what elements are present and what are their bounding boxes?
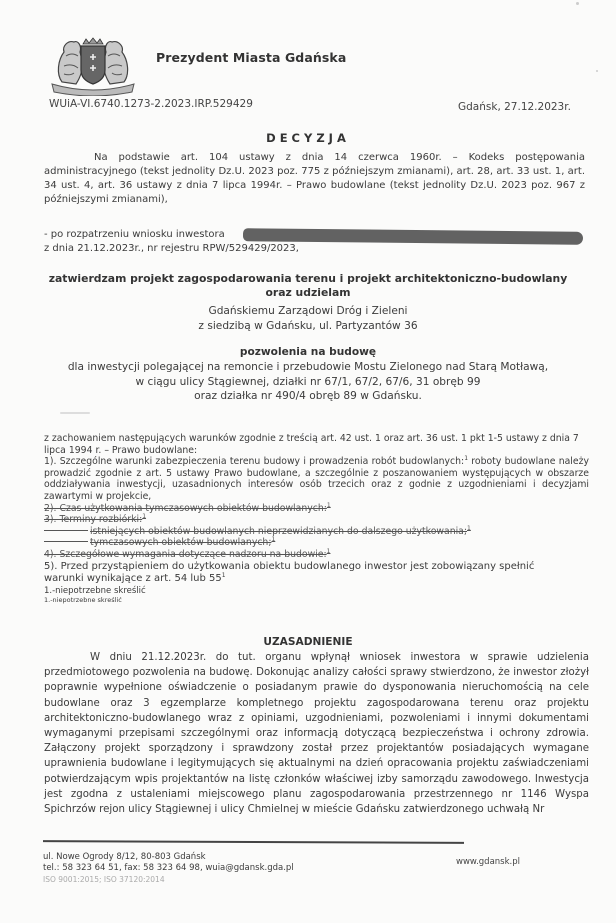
approval-line-1: zatwierdzam projekt zagospodarowania ter… — [0, 272, 616, 286]
footer-contact: tel.: 58 323 64 51, fax: 58 323 64 98, w… — [43, 863, 294, 874]
condition-1: 1). Szczególne warunki zabezpieczenia te… — [44, 456, 589, 502]
footnote-mark: 1 — [467, 525, 471, 532]
footer-address-block: ul. Nowe Ogrody 8/12, 80-803 Gdańsk tel.… — [43, 852, 294, 885]
footer-address: ul. Nowe Ogrody 8/12, 80-803 Gdańsk — [43, 852, 294, 863]
dash-leader — [44, 541, 88, 542]
permit-description: dla inwestycji polegającej na remoncie i… — [0, 360, 616, 404]
approval-statement: zatwierdzam projekt zagospodarowania ter… — [0, 272, 616, 300]
permit-title: pozwolenia na budowę — [0, 346, 616, 358]
footer-divider — [43, 840, 464, 843]
condition-5: 5). Przed przystąpieniem do użytkowania … — [44, 561, 544, 586]
gdansk-coat-of-arms-icon — [48, 34, 138, 96]
condition-5-text: 5). Przed przystąpieniem do użytkowania … — [44, 561, 534, 585]
footnote-mark: 1 — [271, 536, 275, 543]
investor-line: - po rozpatrzeniu wniosku inwestora — [44, 229, 225, 240]
scan-speck — [60, 412, 90, 414]
condition-2-text: 2). Czas użytkowania tymczasowych obiekt… — [44, 503, 327, 514]
condition-1-label: 1). Szczególne warunki zabezpieczenia te… — [44, 456, 464, 467]
justification-paragraph: W dniu 21.12.2023r. do tut. organu wpłyn… — [44, 650, 589, 817]
grantee-address: z siedzibą w Gdańsku, ul. Partyzantów 36 — [0, 319, 616, 334]
registry-line: z dnia 21.12.2023r., nr rejestru RPW/529… — [44, 243, 299, 254]
conditions-section: z zachowaniem następujących warunków zgo… — [44, 433, 589, 605]
conditions-intro: z zachowaniem następujących warunków zgo… — [44, 433, 589, 456]
footer-iso: ISO 9001:2015; ISO 37120:2014 — [43, 874, 294, 885]
footnote-mark: 1 — [327, 502, 331, 509]
footnote-1: 1.-niepotrzebne skreślić — [44, 586, 589, 596]
permit-line-2: w ciągu ulicy Stągiewnej, działki nr 67/… — [0, 375, 616, 390]
scan-speck — [596, 70, 598, 72]
condition-4-struck: 4). Szczegółowe wymagania dotyczące nadz… — [44, 549, 589, 561]
condition-3b-struck: tymczasowych obiektów budowlanych;1 — [44, 537, 589, 549]
place-and-date: Gdańsk, 27.12.2023r. — [458, 101, 571, 113]
footnote-mark: 1 — [327, 548, 331, 555]
permit-line-3: oraz działka nr 490/4 obręb 89 w Gdańsku… — [0, 389, 616, 404]
permit-line-1: dla inwestycji polegającej na remoncie i… — [0, 360, 616, 375]
footer-website: www.gdansk.pl — [456, 857, 520, 867]
grantee-name: Gdańskiemu Zarządowi Dróg i Zieleni — [0, 304, 616, 319]
condition-3a-text: istniejących obiektów budowlanych nieprz… — [90, 526, 467, 537]
footnote-mark: 1 — [142, 513, 146, 520]
scan-speck — [576, 2, 579, 5]
legal-basis-paragraph: Na podstawie art. 104 ustawy z dnia 14 c… — [44, 151, 585, 207]
grantee: Gdańskiemu Zarządowi Dróg i Zieleni z si… — [0, 304, 616, 333]
legal-basis-text: Na podstawie art. 104 ustawy z dnia 14 c… — [44, 152, 585, 205]
organization-title: Prezydent Miasta Gdańska — [156, 50, 346, 65]
approval-line-2: oraz udzielam — [0, 286, 616, 300]
footnote-2: 1.-niepotrzebne skreślić — [44, 596, 589, 605]
footnote-mark: 1 — [222, 572, 226, 579]
case-number: WUiA-VI.6740.1273-2.2023.IRP.529429 — [49, 98, 253, 110]
condition-3a-struck: istniejących obiektów budowlanych nieprz… — [44, 526, 589, 538]
condition-3b-text: tymczasowych obiektów budowlanych; — [90, 537, 271, 548]
justification-text: W dniu 21.12.2023r. do tut. organu wpłyn… — [44, 652, 589, 815]
justification-title: UZASADNIENIE — [0, 636, 616, 648]
condition-4-text: 4). Szczegółowe wymagania dotyczące nadz… — [44, 549, 327, 560]
footnote-mark: 1 — [464, 455, 468, 462]
decision-title: DECYZJA — [0, 131, 616, 145]
condition-3-struck: 3). Terminy rozbiórki:1 — [44, 514, 589, 526]
condition-2-struck: 2). Czas użytkowania tymczasowych obiekt… — [44, 503, 589, 515]
condition-3-text: 3). Terminy rozbiórki: — [44, 514, 142, 525]
dash-leader — [44, 530, 88, 531]
